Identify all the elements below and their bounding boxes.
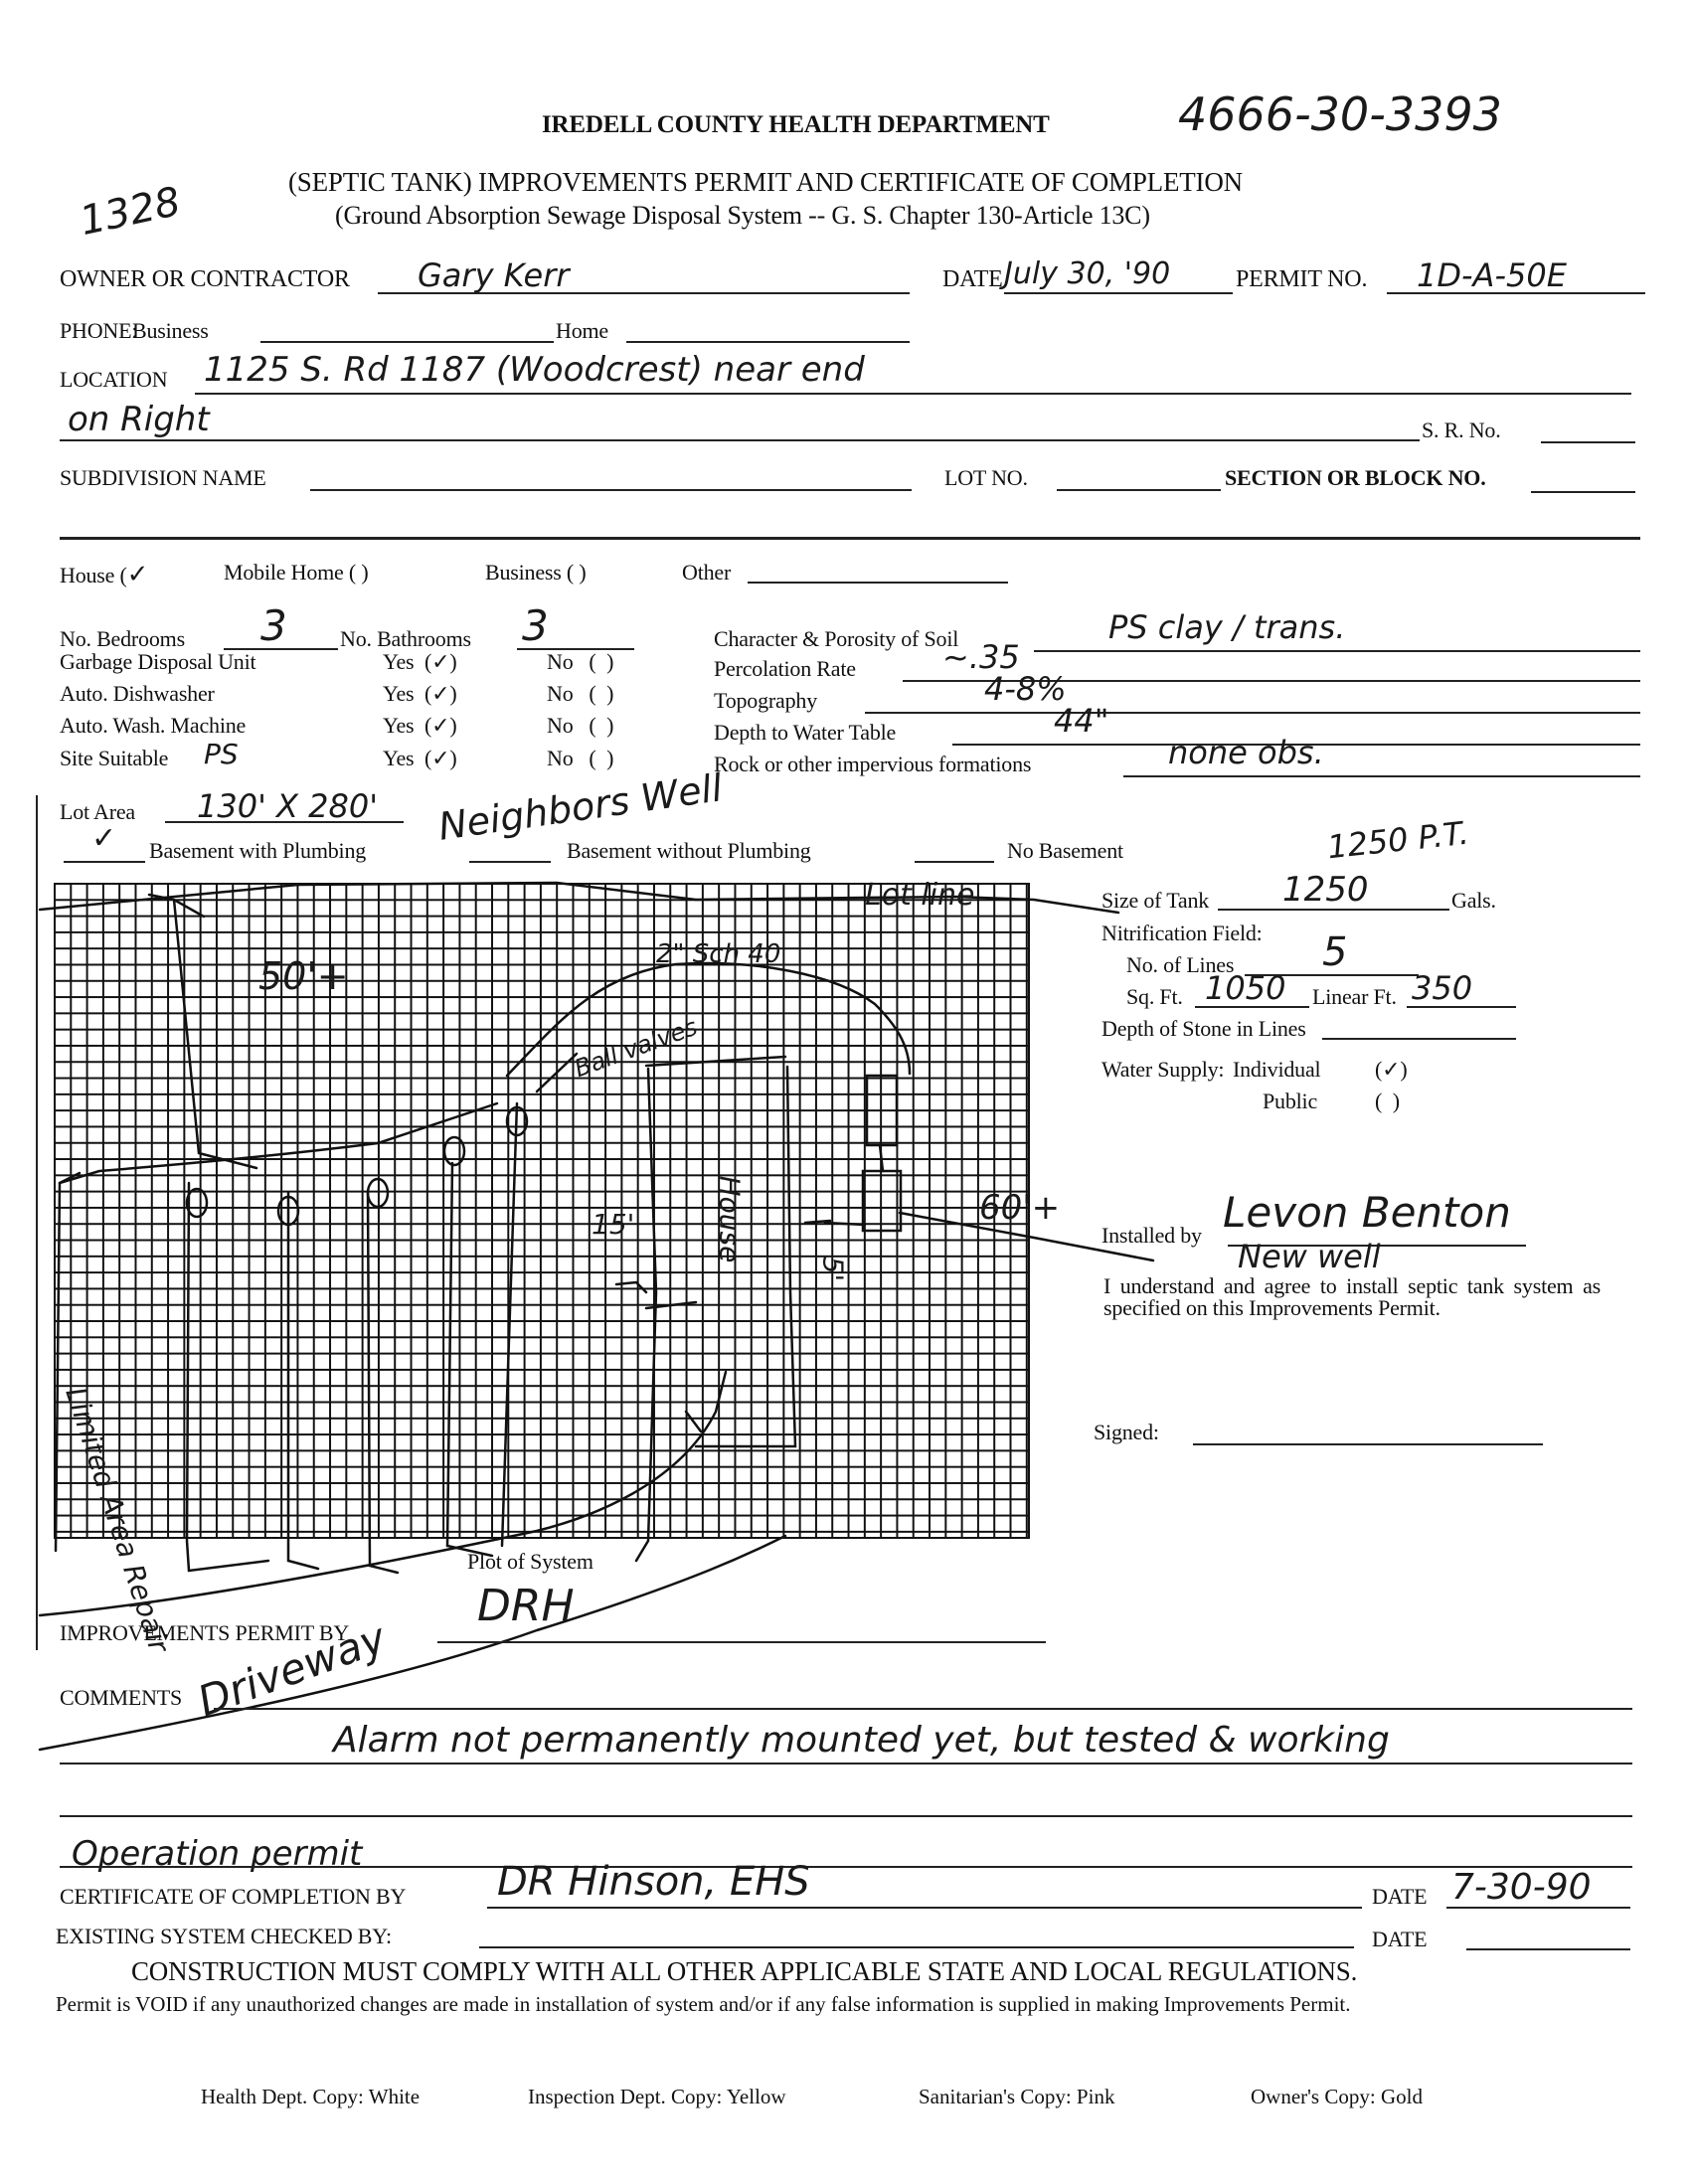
appliance-no-checkbox[interactable]: No ( ) bbox=[547, 681, 613, 707]
lot-line-note: Lot line bbox=[865, 878, 975, 913]
existing-date-label: DATE bbox=[1372, 1927, 1427, 1952]
copy-owner: Owner's Copy: Gold bbox=[1251, 2085, 1423, 2109]
no-label: No bbox=[547, 681, 574, 706]
bathrooms-field[interactable]: 3 bbox=[522, 601, 549, 650]
plot-of-system-label: Plot of System bbox=[467, 1549, 593, 1575]
installer-agreement: I understand and agree to install septic… bbox=[1103, 1275, 1601, 1319]
installed-by-field[interactable]: Levon Benton bbox=[1223, 1188, 1511, 1237]
yes-label: Yes bbox=[383, 713, 414, 738]
distance-15-note: 15' bbox=[592, 1208, 634, 1241]
permit-no-field[interactable]: 1D-A-50E bbox=[1417, 256, 1567, 294]
completion-date-field[interactable]: 7-30-90 bbox=[1451, 1867, 1592, 1908]
house-note: House bbox=[713, 1176, 746, 1263]
individual-checkbox[interactable]: (✓) bbox=[1375, 1057, 1408, 1083]
section-label: SECTION OR BLOCK NO. bbox=[1225, 465, 1486, 491]
gallons-label: Gals. bbox=[1451, 888, 1496, 914]
owner-field[interactable]: Gary Kerr bbox=[418, 256, 570, 294]
appliance-yes-checkbox[interactable]: Yes (✓) bbox=[383, 681, 457, 707]
appliance-label: Garbage Disposal Unit bbox=[60, 649, 255, 675]
appliance-label: Auto. Dishwasher bbox=[60, 681, 215, 707]
bedrooms-field[interactable]: 3 bbox=[260, 601, 287, 650]
date-field[interactable]: July 30, '90 bbox=[1004, 256, 1170, 291]
tank-size-label: Size of Tank bbox=[1101, 888, 1209, 914]
signed-label: Signed: bbox=[1094, 1420, 1159, 1445]
comments-line1[interactable]: Alarm not permanently mounted yet, but t… bbox=[333, 1720, 1390, 1761]
appliance-no-checkbox[interactable]: No ( ) bbox=[547, 713, 613, 739]
house-checkbox[interactable]: House (✓ bbox=[60, 560, 148, 589]
tank-size-field[interactable]: 1250 bbox=[1282, 870, 1369, 910]
sr-no-label: S. R. No. bbox=[1422, 418, 1501, 443]
public-checkbox[interactable]: ( ) bbox=[1375, 1089, 1400, 1114]
permit-no-label: PERMIT NO. bbox=[1236, 266, 1367, 293]
nitrification-label: Nitrification Field: bbox=[1101, 921, 1263, 946]
sqft-label: Sq. Ft. bbox=[1126, 984, 1183, 1010]
soil-label: Character & Porosity of Soil bbox=[714, 626, 958, 652]
location-label: LOCATION bbox=[60, 367, 167, 393]
location-line2[interactable]: on Right bbox=[68, 400, 210, 439]
appliance-label: Site Suitable bbox=[60, 746, 168, 771]
no-label: No bbox=[547, 649, 574, 674]
appliance-yes-checkbox[interactable]: Yes (✓) bbox=[383, 713, 457, 739]
plot-grid bbox=[54, 883, 1030, 1539]
new-well-note: New well bbox=[1238, 1238, 1381, 1275]
other-label: Other bbox=[682, 560, 731, 586]
linear-ft-label: Linear Ft. bbox=[1312, 984, 1397, 1010]
form-title: (SEPTIC TANK) IMPROVEMENTS PERMIT AND CE… bbox=[288, 167, 1243, 198]
lot-area-field[interactable]: 130' X 280' bbox=[197, 787, 378, 825]
file-number: 1328 bbox=[76, 179, 184, 245]
sqft-field[interactable]: 1050 bbox=[1205, 969, 1285, 1007]
completion-field[interactable]: DR Hinson, EHS bbox=[497, 1859, 810, 1905]
business-checkbox[interactable]: Business ( ) bbox=[485, 560, 587, 586]
mobile-home-checkbox[interactable]: Mobile Home ( ) bbox=[224, 560, 368, 586]
plot-border-line bbox=[36, 795, 38, 1650]
checkmark-icon: ✓ bbox=[127, 560, 149, 589]
site-suitable-annotation: PS bbox=[204, 738, 239, 770]
lot-no-label: LOT NO. bbox=[944, 465, 1028, 491]
checkmark-icon: ✓ bbox=[1382, 1058, 1400, 1083]
department-title: IREDELL COUNTY HEALTH DEPARTMENT bbox=[542, 111, 1050, 139]
soil-label: Rock or other impervious formations bbox=[714, 752, 1031, 777]
water-supply-label: Water Supply: bbox=[1101, 1057, 1224, 1083]
signed-field[interactable] bbox=[1193, 1443, 1543, 1445]
comments-label: COMMENTS bbox=[60, 1685, 182, 1711]
yes-label: Yes bbox=[383, 746, 414, 770]
owner-label: OWNER OR CONTRACTOR bbox=[60, 266, 350, 293]
copy-sanitarian: Sanitarian's Copy: Pink bbox=[919, 2085, 1114, 2109]
permit-by-field[interactable]: DRH bbox=[477, 1581, 575, 1631]
yes-label: Yes bbox=[383, 681, 414, 706]
linear-ft-field[interactable]: 350 bbox=[1412, 969, 1472, 1007]
completion-label: CERTIFICATE OF COMPLETION BY bbox=[60, 1884, 406, 1910]
checkmark-icon: ✓ bbox=[431, 747, 449, 771]
soil-label: Topography bbox=[714, 688, 817, 714]
copy-inspection-dept: Inspection Dept. Copy: Yellow bbox=[528, 2085, 786, 2109]
no-label: No bbox=[547, 746, 574, 770]
appliance-no-checkbox[interactable]: No ( ) bbox=[547, 746, 613, 771]
existing-system-label: EXISTING SYSTEM CHECKED BY: bbox=[56, 1924, 392, 1949]
soil-label: Percolation Rate bbox=[714, 656, 856, 682]
house-label: House ( bbox=[60, 563, 127, 588]
appliance-yes-checkbox[interactable]: Yes (✓) bbox=[383, 746, 457, 771]
no-label: No bbox=[547, 713, 574, 738]
subdivision-label: SUBDIVISION NAME bbox=[60, 465, 266, 491]
business-phone-label: Business bbox=[132, 318, 209, 344]
distance-5-note: 5' bbox=[816, 1257, 849, 1282]
pump-tank-note: 1250 P.T. bbox=[1325, 814, 1470, 867]
location-line1[interactable]: 1125 S. Rd 1187 (Woodcrest) near end bbox=[204, 350, 865, 390]
basement-with-label: Basement with Plumbing bbox=[149, 838, 366, 864]
checkmark-icon: ✓ bbox=[431, 714, 449, 739]
pipe-spec-note: 2" Sch 40 bbox=[656, 939, 780, 969]
lines-count-field[interactable]: 5 bbox=[1322, 929, 1347, 975]
no-basement-label: No Basement bbox=[1007, 838, 1123, 864]
distance-60-note: 60'+ bbox=[979, 1188, 1060, 1228]
home-phone-label: Home bbox=[556, 318, 608, 344]
existing-date-field[interactable] bbox=[1466, 1948, 1630, 1950]
date-label: DATE bbox=[942, 266, 1003, 293]
appliance-no-checkbox[interactable]: No ( ) bbox=[547, 649, 613, 675]
copy-health-dept: Health Dept. Copy: White bbox=[201, 2085, 420, 2109]
parcel-number: 4666-30-3393 bbox=[1178, 87, 1502, 141]
soil-field[interactable]: none obs. bbox=[1168, 734, 1324, 771]
existing-system-field[interactable] bbox=[479, 1946, 1354, 1948]
soil-field[interactable]: 44" bbox=[1054, 702, 1108, 740]
stone-depth-label: Depth of Stone in Lines bbox=[1101, 1016, 1306, 1042]
soil-label: Depth to Water Table bbox=[714, 720, 896, 746]
appliance-yes-checkbox[interactable]: Yes (✓) bbox=[383, 649, 457, 675]
form-subtitle: (Ground Absorption Sewage Disposal Syste… bbox=[335, 201, 1150, 231]
operation-permit-note: Operation permit bbox=[72, 1834, 362, 1874]
basement-without-label: Basement without Plumbing bbox=[567, 838, 811, 864]
soil-field[interactable]: PS clay / trans. bbox=[1108, 608, 1345, 646]
appliance-label: Auto. Wash. Machine bbox=[60, 713, 246, 739]
phone-label: PHONE: bbox=[60, 318, 137, 344]
basement-with-check-icon[interactable]: ✓ bbox=[91, 821, 116, 856]
completion-date-label: DATE bbox=[1372, 1884, 1427, 1910]
public-label: Public bbox=[1263, 1089, 1317, 1114]
compliance-notice: CONSTRUCTION MUST COMPLY WITH ALL OTHER … bbox=[131, 1956, 1357, 1987]
individual-label: Individual bbox=[1233, 1057, 1320, 1083]
checkmark-icon: ✓ bbox=[431, 682, 449, 707]
distance-50-note: 50'+ bbox=[258, 954, 349, 998]
checkmark-icon: ✓ bbox=[431, 650, 449, 675]
yes-label: Yes bbox=[383, 649, 414, 674]
installed-by-label: Installed by bbox=[1101, 1223, 1202, 1249]
void-notice: Permit is VOID if any unauthorized chang… bbox=[56, 1993, 1487, 2015]
neighbors-well-note: Neighbors Well bbox=[435, 765, 725, 849]
